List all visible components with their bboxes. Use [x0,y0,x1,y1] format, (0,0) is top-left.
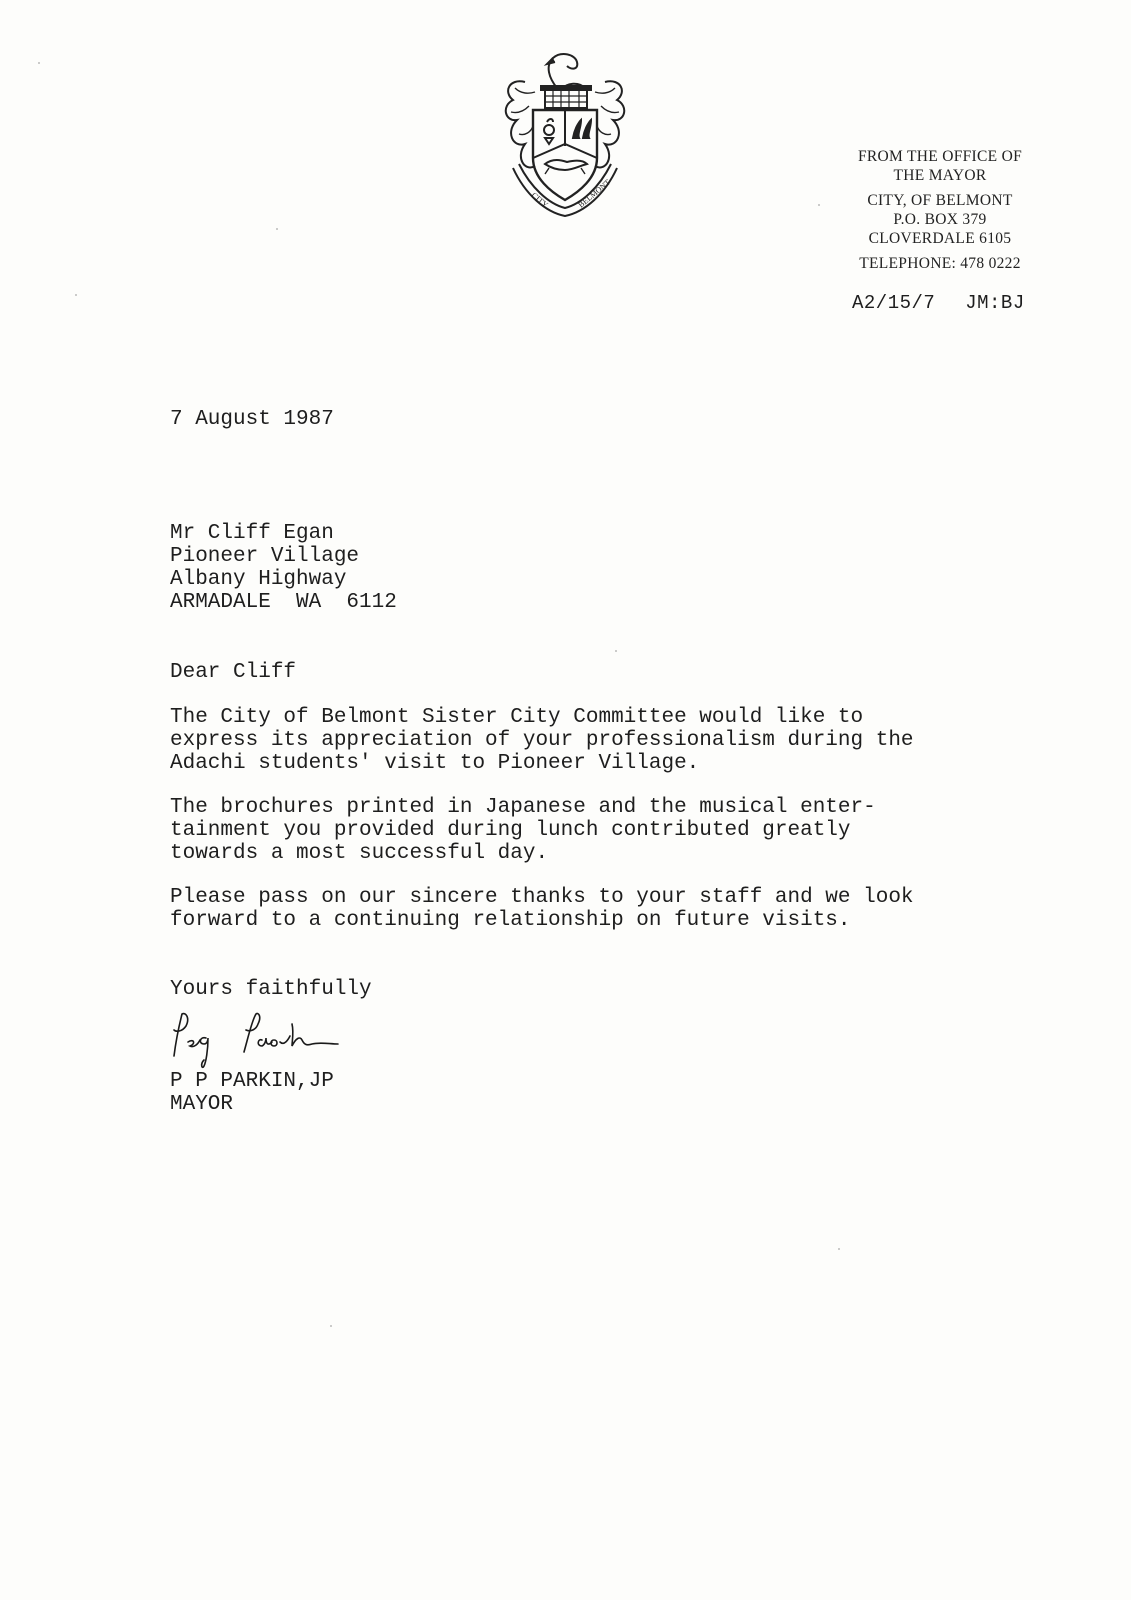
recipient-line-2: Pioneer Village [170,545,397,568]
coat-of-arms-icon: CITY BELMONT [495,48,635,220]
reference-number: A2/15/7 JM:BJ [852,292,1025,314]
paper-speck [38,62,40,64]
recipient-address: Mr Cliff EganPioneer VillageAlbany Highw… [170,522,397,614]
closing: Yours faithfully [170,978,372,1001]
paper-speck [276,228,278,230]
paper-speck [330,1325,332,1327]
body-paragraph-1: The City of Belmont Sister City Committe… [170,706,914,775]
office-line-2: THE MAYOR [830,166,1050,185]
body-paragraph-3: Please pass on our sincere thanks to you… [170,886,914,932]
suburb-postcode: CLOVERDALE 6105 [830,229,1050,248]
paper-speck [75,294,77,296]
telephone: TELEPHONE: 478 0222 [830,254,1050,273]
svg-text:CITY: CITY [530,191,550,210]
office-line-1: FROM THE OFFICE OF [830,147,1050,166]
salutation: Dear Cliff [170,661,296,684]
svg-text:BELMONT: BELMONT [577,178,612,210]
body-paragraph-2: The brochures printed in Japanese and th… [170,796,876,865]
paper-speck [838,1248,840,1250]
paper-speck [818,204,820,206]
handwritten-signature-icon [160,1010,350,1072]
letterhead-address: FROM THE OFFICE OF THE MAYOR CITY, OF BE… [830,147,1050,273]
letter-date: 7 August 1987 [170,408,334,431]
signatory-title: MAYOR [170,1093,334,1116]
signatory-name: P P PARKIN,JP [170,1070,334,1093]
city-name: CITY, OF BELMONT [830,191,1050,210]
recipient-name: Mr Cliff Egan [170,522,397,545]
recipient-line-3: Albany Highway [170,568,397,591]
paper-speck [615,650,617,652]
recipient-line-4: ARMADALE WA 6112 [170,591,397,614]
signatory: P P PARKIN,JPMAYOR [170,1070,334,1116]
po-box: P.O. BOX 379 [830,210,1050,229]
